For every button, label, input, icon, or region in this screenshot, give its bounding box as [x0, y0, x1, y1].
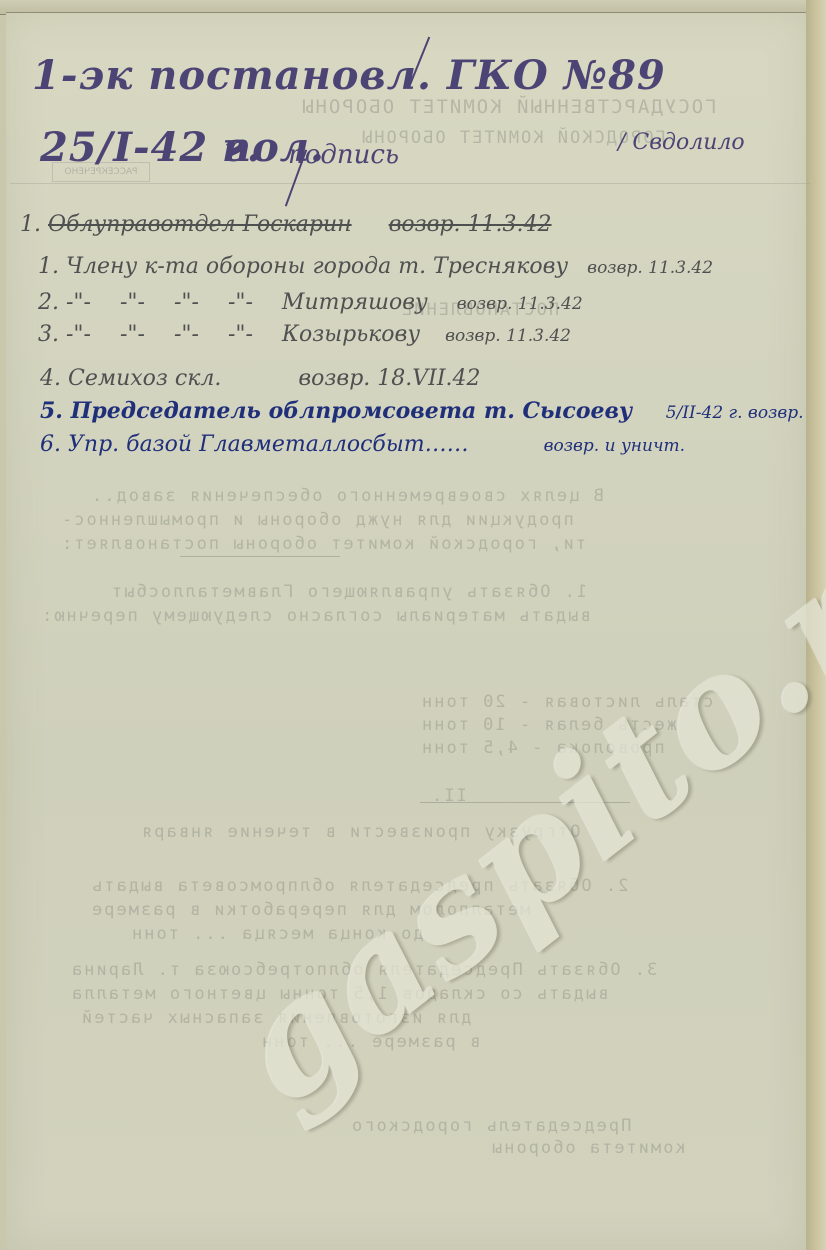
item-status: возвр. 11.3.42 [457, 294, 583, 314]
item-number: 6. [40, 432, 61, 457]
list-item: 5. Председатель облпромсовета т. Сысоеву… [40, 398, 804, 424]
item-recipient: Члену к-та обороны города т. Треснякову [66, 254, 568, 279]
item-status: возвр. 18.VII.42 [298, 366, 480, 391]
item-recipient: -"- -"- -"- -"- Митряшову [66, 290, 428, 315]
item-status: возвр. и уничт. [544, 436, 685, 456]
item-status: 5/II-42 г. возвр. [666, 403, 804, 423]
bleed-underline [180, 556, 340, 557]
bleed-line: комитета обороны [490, 1138, 686, 1158]
bleed-line: ГОСУДАРСТВЕННЫЙ КОМИТЕТ ОБОРОНЫ [300, 96, 717, 118]
bleed-line: В целях своевременного обеспечения завод… [90, 486, 604, 506]
item-number: 1. [38, 254, 59, 279]
list-item: 4. Семихоз скл. возвр. 18.VII.42 [40, 366, 481, 391]
header-right-note: / Свдолило [618, 130, 745, 155]
item-recipient: -"- -"- -"- -"- Козырькову [66, 322, 420, 347]
bleed-line: 1. Обязать управляющего Главметаллосбыт [110, 582, 587, 602]
list-item: 3. -"- -"- -"- -"- Козырькову возвр. 11.… [38, 322, 571, 347]
list-item-struck: 1. Облуправотдел Госкарин возвр. 11.3.42 [20, 212, 552, 237]
list-item: 1. Члену к-та обороны города т. Тресняко… [38, 254, 713, 279]
header-resolution-ref: 1-эк постановл. ГКО №89 [32, 52, 666, 99]
bleed-line: ти, городской комитет обороны постановля… [60, 534, 586, 554]
item-recipient: Председатель облпромсовета т. Сысоеву [71, 398, 632, 424]
bleed-line: выдать материалы согласно следующему пер… [40, 606, 591, 626]
item-status: возвр. 11.3.42 [587, 258, 713, 278]
item-recipient: Семихоз скл. [68, 366, 221, 391]
list-item: 2. -"- -"- -"- -"- Митряшову возвр. 11.3… [38, 290, 583, 315]
item-status: возвр. 11.3.42 [445, 326, 571, 346]
item-number: 4. [40, 366, 61, 391]
item-recipient: Упр. базой Главметаллосбыт…… [68, 432, 469, 457]
item-number: 2. [38, 290, 59, 315]
item-recipient: Облуправотдел Госкарин [48, 212, 352, 237]
list-item: 6. Упр. базой Главметаллосбыт…… возвр. и… [40, 432, 685, 457]
item-number: 5. [40, 398, 63, 424]
header-rule [10, 183, 810, 184]
item-number: 3. [38, 322, 59, 347]
item-status: возвр. 11.3.42 [389, 212, 552, 237]
item-number: 1. [20, 212, 41, 237]
bleed-line: продукции для нужд обороны и промышленно… [60, 510, 574, 530]
bleed-line: Председатель городского [350, 1116, 631, 1136]
